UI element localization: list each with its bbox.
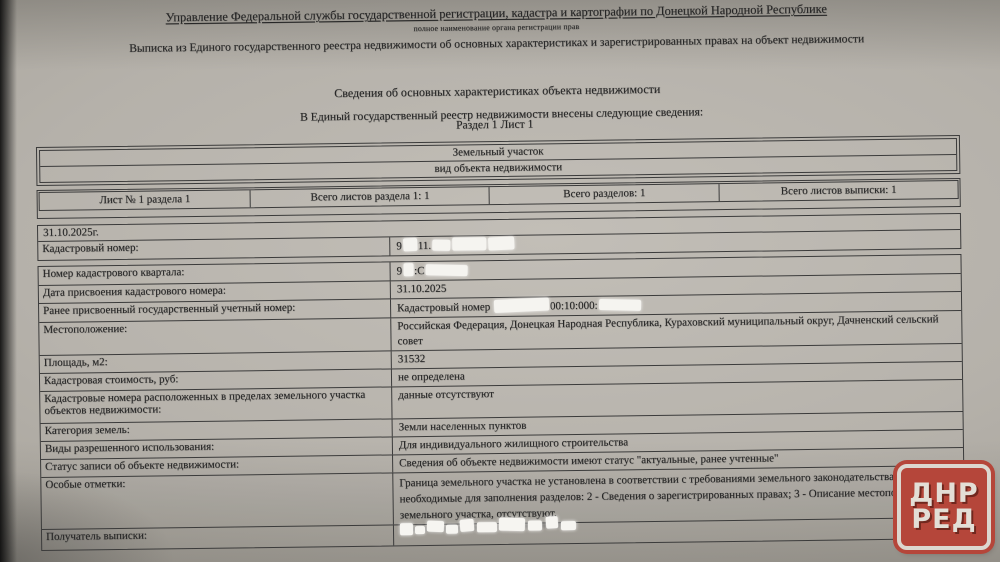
sheets-in-section-cell: Всего листов раздела 1: 1 [251, 187, 490, 207]
row-label: Особые отметки: [41, 473, 394, 529]
redaction-block [403, 263, 413, 276]
value-fragment: 11. [418, 240, 431, 252]
redaction-scribble [400, 515, 578, 538]
value-fragment: 00:10:000: [550, 300, 598, 313]
value-fragment: Кадастровый номер [397, 301, 490, 314]
dnr-red-watermark: ДНР РЕД [897, 464, 991, 550]
redaction-block [432, 240, 450, 251]
total-sheets-cell: Всего листов выписки: 1 [720, 181, 958, 201]
redaction-block [452, 237, 486, 250]
total-sections-cell: Всего разделов: 1 [490, 184, 720, 204]
row-label: Местоположение: [39, 318, 391, 355]
value-fragment: :С [414, 265, 425, 277]
redaction-block [488, 236, 515, 250]
sheet-number-cell: Лист № 1 раздела 1 [40, 190, 252, 210]
section-title: Сведения об основных характеристиках объ… [27, 78, 967, 105]
main-attributes-box: Номер кадастрового квартала: 9:С Дата пр… [38, 254, 966, 551]
value-fragment: 9 [397, 265, 403, 277]
redaction-block [425, 264, 467, 276]
characteristics-table: Земельный участок вид объекта недвижимос… [36, 135, 965, 551]
redaction-block [402, 238, 417, 252]
document-header: Управление Федеральной службы государств… [26, 0, 968, 146]
value-fragment: 9 [396, 240, 402, 252]
redaction-block [599, 299, 641, 311]
redaction-block [494, 297, 550, 313]
row-label: Кадастровые номера расположенных в преде… [40, 387, 392, 423]
row-label: Получатель выписки: [42, 525, 394, 550]
row-value [394, 518, 964, 545]
watermark-line2: РЕД [911, 507, 976, 533]
egrn-extract-page: Управление Федеральной службы государств… [0, 0, 1000, 562]
document-photo: Управление Федеральной службы государств… [0, 0, 1000, 562]
